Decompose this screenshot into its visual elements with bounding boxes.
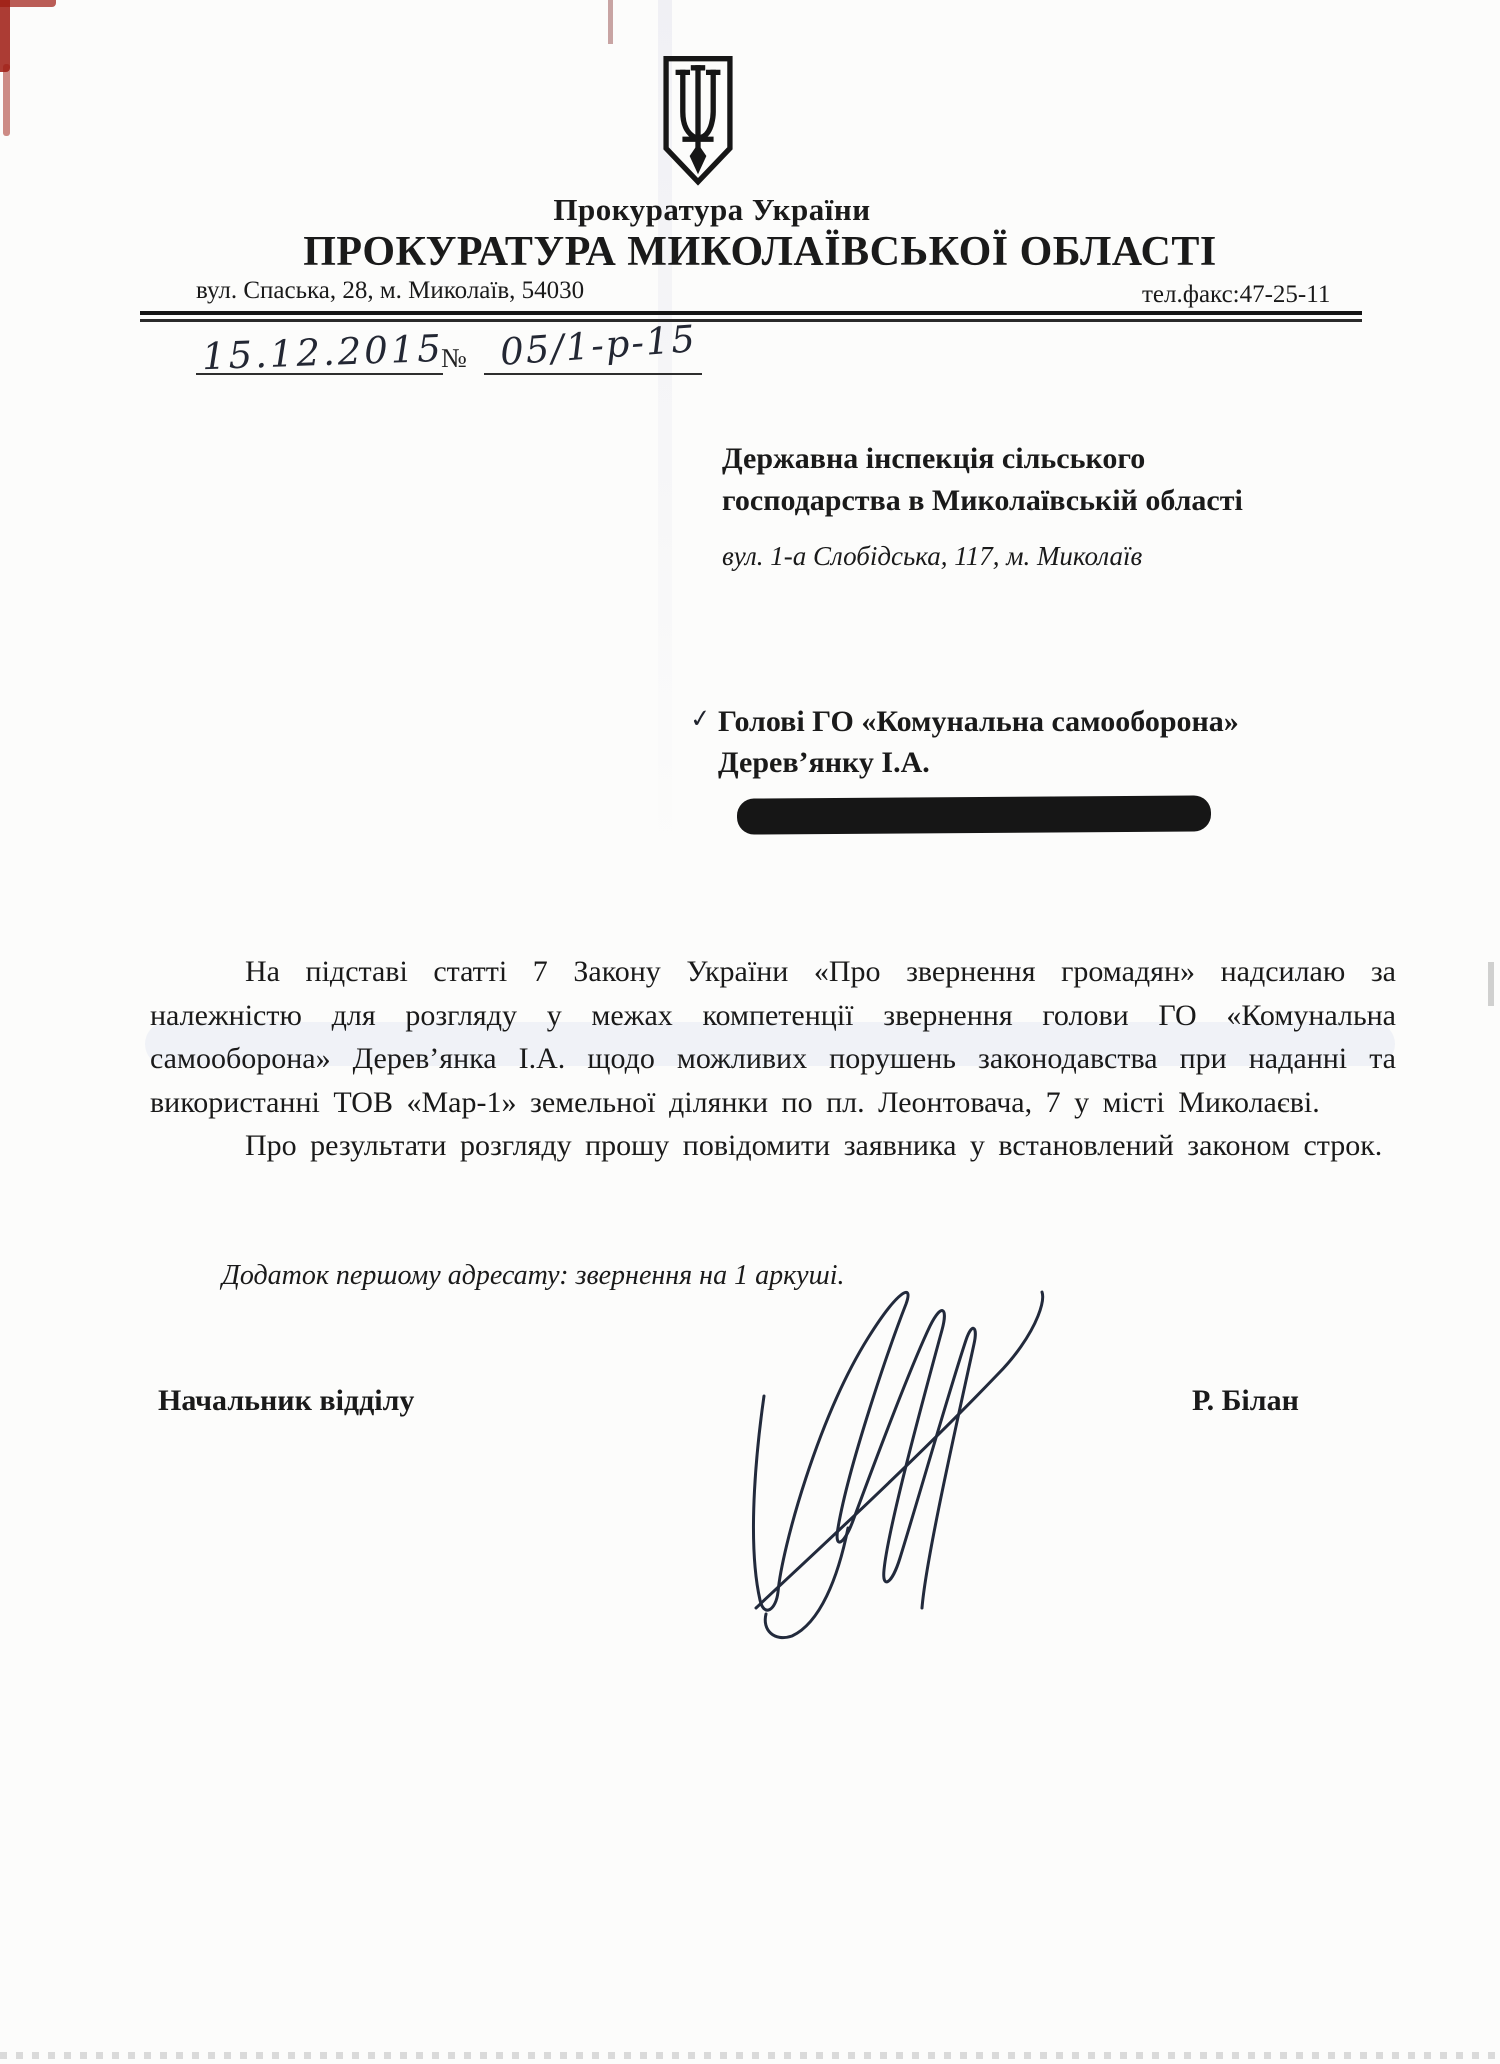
- ref-number-underline: [484, 373, 702, 375]
- handwritten-date: 15.12.2015: [201, 327, 444, 378]
- scan-edge-artifact: [1488, 962, 1494, 1006]
- signer-name: Р. Білан: [1192, 1384, 1299, 1418]
- tryzub-emblem-icon: [660, 54, 736, 193]
- scan-bottom-edge: [0, 2052, 1500, 2059]
- redaction-bar: [737, 795, 1211, 834]
- body-paragraph-2: Про результати розгляду прошу повідомити…: [150, 1124, 1396, 1168]
- handwritten-signature: [698, 1278, 1108, 1653]
- org-address: вул. Спаська, 28, м. Миколаїв, 54030: [196, 277, 584, 305]
- number-sign: №: [441, 343, 467, 374]
- org-name-title: ПРОКУРАТУРА МИКОЛАЇВСЬКОЇ ОБЛАСТІ: [0, 228, 1500, 276]
- recipient-1-line1: Державна інспекція сільського: [722, 438, 1243, 480]
- recipient-2-line2: Дерев’янку І.А.: [718, 742, 1239, 783]
- recipient-1-line2: господарства в Миколаївській області: [722, 480, 1243, 522]
- body-paragraph-1: На підставі статті 7 Закону України «Про…: [150, 950, 1396, 1124]
- date-underline: [196, 373, 443, 375]
- scan-red-edge-mark: [0, 0, 10, 72]
- recipient-1: Державна інспекція сільського господарст…: [722, 438, 1243, 522]
- scan-red-edge-mark: [0, 0, 56, 7]
- recipient-2: Голові ГО «Комунальна самооборона» Дерев…: [718, 701, 1239, 783]
- org-parent-title: Прокуратура України: [0, 192, 1424, 228]
- handwritten-checkmark: ✓: [688, 703, 712, 735]
- scan-red-edge-mark: [3, 64, 10, 136]
- letterhead-divider: [140, 311, 1362, 322]
- letter-body: На підставі статті 7 Закону України «Про…: [150, 950, 1396, 1168]
- signer-position-title: Начальник відділу: [158, 1384, 414, 1418]
- org-phone: тел.факс:47-25-11: [1142, 281, 1330, 309]
- scan-red-fold-mark: [608, 0, 613, 44]
- scanned-letter-page: Прокуратура України ПРОКУРАТУРА МИКОЛАЇВ…: [0, 0, 1500, 2064]
- recipient-2-line1: Голові ГО «Комунальна самооборона»: [718, 701, 1239, 742]
- recipient-1-address: вул. 1-а Слобідська, 117, м. Миколаїв: [722, 541, 1142, 572]
